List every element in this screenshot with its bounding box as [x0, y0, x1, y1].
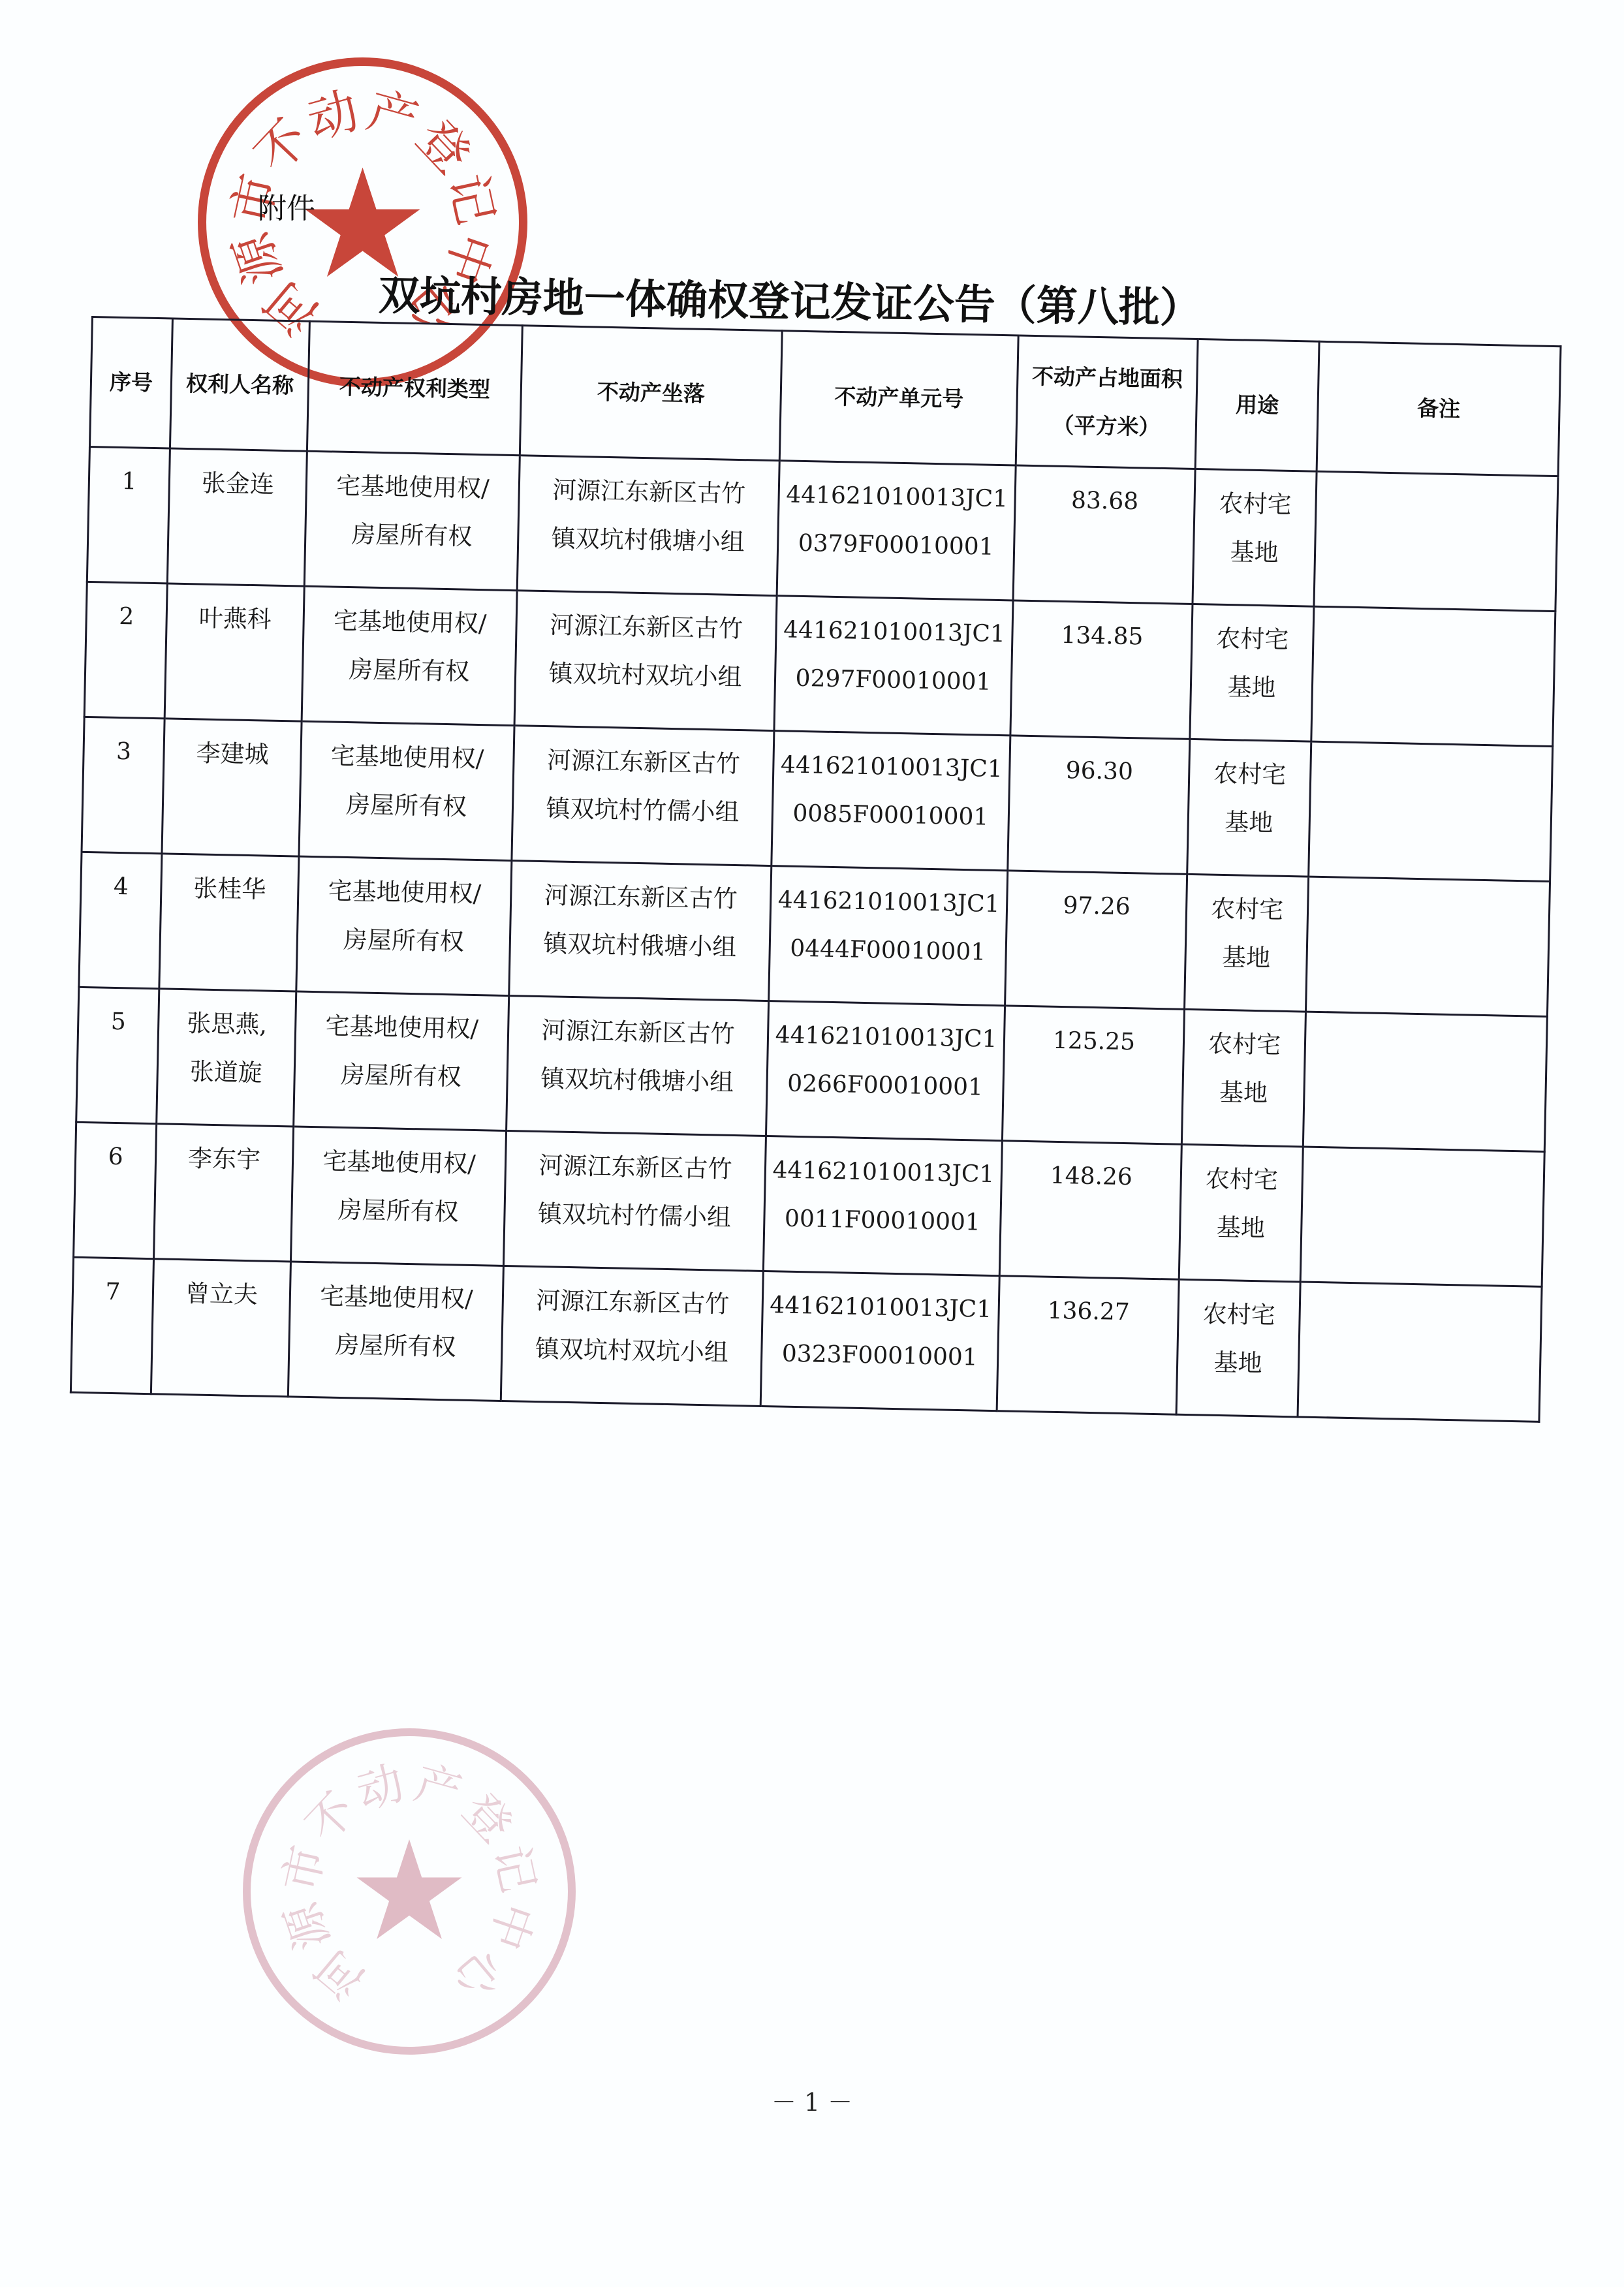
- cell-right-type-text: 房屋所有权: [295, 1050, 507, 1102]
- cell-remark: [1311, 606, 1555, 746]
- cell-holder-text: 叶燕科: [167, 593, 303, 644]
- cell-remark: [1309, 741, 1553, 881]
- cell-no: 4: [79, 852, 162, 988]
- cell-no: 6: [74, 1122, 157, 1258]
- cell-usage-text: 基地: [1186, 933, 1306, 984]
- cell-no-text: 6: [76, 1132, 155, 1182]
- header-no: 序号: [89, 317, 172, 448]
- cell-usage-text: 农村宅: [1187, 884, 1307, 935]
- cell-unit-no: 441621010013JC10444F00010001: [769, 866, 1008, 1006]
- cell-unit-no: 441621010013JC10379F00010001: [777, 461, 1016, 600]
- cell-usage: 农村宅基地: [1193, 469, 1317, 606]
- header-area: 不动产占地面积（平方米）: [1016, 335, 1198, 469]
- cell-no-text: 5: [79, 997, 158, 1047]
- cell-location-text: 河源江东新区古竹: [512, 871, 770, 924]
- cell-unit-no-text: 0266F00010001: [768, 1059, 1003, 1112]
- cell-unit-no: 441621010013JC10323F00010001: [760, 1271, 999, 1410]
- cell-unit-no-text: 441621010013JC1: [777, 606, 1012, 659]
- cell-location-text: 河源江东新区古竹: [506, 1141, 764, 1194]
- seal-char: 记: [484, 1838, 546, 1900]
- cell-unit-no-text: 0297F00010001: [775, 654, 1010, 707]
- seal-char: 记: [440, 168, 502, 230]
- cell-usage-text: 农村宅: [1181, 1155, 1302, 1206]
- table-row: 7曾立夫宅基地使用权/房屋所有权河源江东新区古竹镇双坑村双坑小组44162101…: [70, 1257, 1542, 1422]
- header-text: 权利人名称: [172, 360, 307, 411]
- header-text: 用途: [1197, 380, 1317, 431]
- cell-holder-text: 张道旋: [158, 1047, 294, 1098]
- cell-remark-text: [1301, 1292, 1540, 1296]
- cell-unit-no-text: 0011F00010001: [765, 1194, 1000, 1247]
- notice-table: 序号权利人名称不动产权利类型不动产坐落不动产单元号不动产占地面积（平方米）用途备…: [70, 316, 1562, 1423]
- cell-holder-text: 张思燕,: [159, 999, 295, 1050]
- cell-no-text: 7: [73, 1268, 152, 1317]
- header-text: 不动产权利类型: [309, 362, 520, 414]
- cell-location-text: 河源江东新区古竹: [514, 736, 773, 789]
- cell-location: 河源江东新区古竹镇双坑村双坑小组: [514, 591, 777, 731]
- cell-unit-no-text: 441621010013JC1: [774, 741, 1009, 794]
- cell-no-text: 4: [82, 862, 161, 912]
- cell-right-type-text: 宅基地使用权/: [290, 1271, 502, 1324]
- cell-location: 河源江东新区古竹镇双坑村竹儒小组: [503, 1131, 766, 1271]
- cell-area: 134.85: [1010, 600, 1193, 739]
- cell-area: 125.25: [1002, 1006, 1184, 1144]
- cell-location-text: 镇双坑村竹儒小组: [513, 784, 772, 837]
- cell-holder-text: 张桂华: [162, 863, 298, 914]
- faded-seal: 河源市不动产登记中心 ★: [243, 1728, 576, 2055]
- table-body: 1张金连宅基地使用权/房屋所有权河源江东新区古竹镇双坑村俄塘小组44162101…: [70, 446, 1558, 1422]
- cell-area-text: 134.85: [1013, 610, 1191, 662]
- cell-usage-text: 农村宅: [1190, 749, 1310, 800]
- cell-remark: [1300, 1147, 1544, 1286]
- cell-remark: [1314, 471, 1558, 611]
- cell-location-text: 镇双坑村俄塘小组: [519, 514, 777, 567]
- cell-area-text: 148.26: [1002, 1151, 1180, 1202]
- cell-remark-text: [1309, 887, 1549, 892]
- cell-right-type-text: 宅基地使用权/: [299, 867, 510, 919]
- cell-no-text: 2: [87, 592, 166, 642]
- cell-remark-text: [1315, 617, 1554, 621]
- cell-right-type-text: 宅基地使用权/: [296, 1002, 507, 1054]
- cell-right-type: 宅基地使用权/房屋所有权: [302, 586, 517, 726]
- cell-usage: 农村宅基地: [1179, 1144, 1303, 1282]
- cell-holder: 张桂华: [159, 854, 299, 991]
- cell-right-type-text: 房屋所有权: [303, 645, 514, 697]
- cell-location-text: 镇双坑村双坑小组: [503, 1324, 761, 1378]
- cell-right-type-text: 房屋所有权: [292, 1185, 504, 1237]
- cell-holder: 曾立夫: [151, 1259, 290, 1397]
- cell-right-type-text: 宅基地使用权/: [302, 732, 513, 784]
- cell-area-text: 136.27: [999, 1286, 1178, 1337]
- header-text: 不动产单元号: [781, 371, 1016, 424]
- cell-no: 3: [82, 717, 164, 853]
- cell-unit-no-text: 441621010013JC1: [772, 876, 1007, 929]
- attachment-label: 附件: [258, 185, 315, 226]
- cell-no-text: 1: [89, 457, 168, 506]
- cell-holder-text: 曾立夫: [153, 1269, 289, 1320]
- cell-usage-text: 基地: [1181, 1203, 1301, 1254]
- cell-remark-text: [1307, 1022, 1546, 1027]
- cell-usage: 农村宅基地: [1185, 874, 1309, 1012]
- cell-location-text: 河源江东新区古竹: [520, 465, 778, 519]
- cell-right-type-text: 房屋所有权: [290, 1320, 501, 1372]
- header-location: 不动产坐落: [520, 326, 782, 461]
- header-text: 不动产占地面积: [1018, 352, 1196, 404]
- cell-area: 96.30: [1008, 736, 1190, 874]
- header-holder: 权利人名称: [170, 319, 309, 451]
- cell-location: 河源江东新区古竹镇双坑村俄塘小组: [509, 861, 772, 1001]
- header-usage: 用途: [1195, 339, 1319, 472]
- cell-holder-text: 李东宇: [156, 1134, 292, 1185]
- cell-area-text: 83.68: [1016, 475, 1194, 527]
- cell-right-type-text: 房屋所有权: [306, 510, 518, 562]
- cell-right-type-text: 宅基地使用权/: [293, 1136, 505, 1189]
- header-right-type: 不动产权利类型: [307, 321, 522, 456]
- cell-right-type-text: 宅基地使用权/: [304, 597, 516, 649]
- cell-remark-text: [1317, 482, 1557, 486]
- cell-right-type: 宅基地使用权/房屋所有权: [296, 856, 512, 996]
- header-text: （平方米）: [1017, 401, 1195, 452]
- notice-table-wrapper: 序号权利人名称不动产权利类型不动产坐落不动产单元号不动产占地面积（平方米）用途备…: [70, 316, 1560, 1423]
- cell-unit-no: 441621010013JC10266F00010001: [766, 1001, 1005, 1141]
- header-text: 备注: [1319, 382, 1559, 435]
- cell-usage-text: 基地: [1191, 662, 1311, 713]
- header-text: 序号: [91, 358, 170, 407]
- cell-usage-text: 农村宅: [1193, 614, 1313, 665]
- cell-unit-no: 441621010013JC10085F00010001: [772, 731, 1010, 871]
- cell-right-type-text: 房屋所有权: [298, 915, 509, 967]
- cell-location: 河源江东新区古竹镇双坑村双坑小组: [501, 1266, 763, 1406]
- cell-holder-text: 李建城: [164, 728, 300, 779]
- cell-usage-text: 农村宅: [1195, 479, 1315, 530]
- cell-area-text: 96.30: [1010, 745, 1189, 797]
- cell-area-text: 125.25: [1005, 1016, 1183, 1067]
- cell-usage: 农村宅基地: [1187, 739, 1311, 877]
- cell-right-type: 宅基地使用权/房屋所有权: [299, 721, 514, 861]
- cell-unit-no-text: 0085F00010001: [773, 789, 1008, 842]
- cell-location-text: 镇双坑村双坑小组: [516, 649, 774, 702]
- cell-location-text: 河源江东新区古竹: [503, 1276, 762, 1330]
- cell-no: 5: [76, 987, 159, 1123]
- cell-area: 97.26: [1005, 871, 1187, 1009]
- cell-right-type: 宅基地使用权/房屋所有权: [288, 1262, 503, 1401]
- cell-location-text: 河源江东新区古竹: [517, 600, 775, 654]
- cell-unit-no-text: 0379F00010001: [778, 519, 1013, 572]
- star-icon: ★: [348, 1823, 471, 1960]
- cell-unit-no-text: 441621010013JC1: [768, 1011, 1003, 1064]
- header-unit-no: 不动产单元号: [779, 331, 1018, 465]
- cell-remark-text: [1312, 752, 1552, 756]
- header-text: 不动产坐落: [522, 366, 780, 420]
- cell-location: 河源江东新区古竹镇双坑村竹儒小组: [512, 726, 774, 866]
- cell-right-type: 宅基地使用权/房屋所有权: [290, 1127, 506, 1266]
- cell-usage-text: 基地: [1194, 527, 1314, 578]
- cell-location-text: 镇双坑村俄塘小组: [508, 1054, 766, 1108]
- cell-unit-no: 441621010013JC10297F00010001: [774, 596, 1013, 736]
- cell-location: 河源江东新区古竹镇双坑村俄塘小组: [507, 996, 769, 1136]
- cell-remark: [1305, 877, 1550, 1016]
- cell-unit-no-text: 0444F00010001: [770, 924, 1005, 977]
- cell-right-type: 宅基地使用权/房屋所有权: [294, 991, 509, 1131]
- cell-area: 148.26: [999, 1141, 1181, 1279]
- cell-unit-no-text: 441621010013JC1: [763, 1281, 998, 1334]
- cell-holder: 叶燕科: [164, 583, 304, 721]
- cell-holder: 张思燕,张道旋: [157, 989, 296, 1127]
- cell-no: 1: [87, 446, 170, 583]
- cell-holder: 张金连: [167, 448, 307, 586]
- cell-area: 136.27: [997, 1276, 1179, 1414]
- cell-holder: 李东宇: [154, 1124, 294, 1262]
- cell-remark: [1303, 1012, 1547, 1151]
- cell-usage-text: 基地: [1178, 1338, 1298, 1389]
- cell-unit-no-text: 441621010013JC1: [779, 471, 1014, 523]
- cell-holder-text: 张金连: [170, 458, 305, 509]
- cell-location: 河源江东新区古竹镇双坑村俄塘小组: [517, 456, 779, 596]
- cell-location-text: 河源江东新区古竹: [508, 1006, 767, 1059]
- cell-unit-no: 441621010013JC10011F00010001: [763, 1136, 1002, 1275]
- cell-usage: 农村宅基地: [1190, 604, 1314, 741]
- header-remark: 备注: [1317, 341, 1561, 476]
- cell-area-text: 97.26: [1007, 880, 1185, 932]
- cell-no: 7: [70, 1257, 153, 1393]
- cell-area: 83.68: [1013, 465, 1195, 604]
- cell-remark: [1298, 1282, 1542, 1422]
- cell-location-text: 镇双坑村竹儒小组: [505, 1189, 764, 1243]
- cell-unit-no-text: 441621010013JC1: [766, 1146, 1001, 1199]
- cell-right-type-text: 宅基地使用权/: [307, 461, 518, 514]
- page-number: － 1 －: [0, 2082, 1624, 2118]
- cell-usage-text: 农村宅: [1179, 1290, 1299, 1341]
- cell-usage: 农村宅基地: [1181, 1009, 1305, 1147]
- cell-right-type-text: 房屋所有权: [300, 780, 512, 832]
- cell-no: 2: [84, 582, 167, 718]
- cell-usage: 农村宅基地: [1176, 1279, 1300, 1417]
- cell-usage-text: 基地: [1189, 798, 1309, 848]
- cell-unit-no-text: 0323F00010001: [762, 1330, 997, 1382]
- cell-remark-text: [1304, 1157, 1544, 1162]
- cell-location-text: 镇双坑村俄塘小组: [510, 919, 769, 972]
- cell-no-text: 3: [84, 727, 163, 777]
- cell-usage-text: 基地: [1183, 1068, 1304, 1119]
- cell-right-type: 宅基地使用权/房屋所有权: [304, 451, 520, 591]
- cell-holder: 李建城: [162, 719, 302, 856]
- cell-usage-text: 农村宅: [1184, 1019, 1304, 1070]
